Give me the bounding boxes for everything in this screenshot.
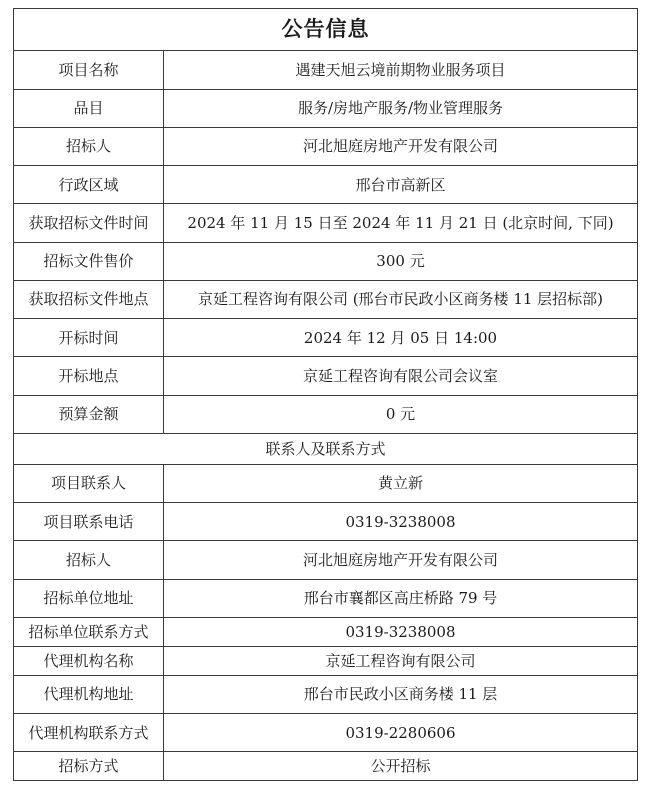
row-label: 行政区域 [14, 166, 164, 204]
row-label: 招标人 [14, 541, 164, 580]
row-label: 项目联系电话 [14, 503, 164, 541]
table-row-tenderer-contact: 招标人 河北旭庭房地产开发有限公司 [14, 541, 638, 580]
table-row-tenderer: 招标人 河北旭庭房地产开发有限公司 [14, 127, 638, 166]
table-row-agency-address: 代理机构地址 邢台市民政小区商务楼 11 层 [14, 675, 638, 714]
row-label: 代理机构联系方式 [14, 714, 164, 752]
row-label: 招标文件售价 [14, 242, 164, 280]
row-label: 招标人 [14, 127, 164, 166]
row-value: 服务/房地产服务/物业管理服务 [164, 89, 638, 127]
table-row-project-name: 项目名称 遇建天旭云境前期物业服务项目 [14, 51, 638, 90]
table-row-project-contact: 项目联系人 黄立新 [14, 464, 638, 503]
row-label: 获取招标文件地点 [14, 280, 164, 319]
row-value: 2024 年 12 月 05 日 14:00 [164, 319, 638, 357]
table-row-document-location: 获取招标文件地点 京延工程咨询有限公司 (邢台市民政小区商务楼 11 层招标部) [14, 280, 638, 319]
row-label: 获取招标文件时间 [14, 204, 164, 243]
table-row-budget: 预算金额 0 元 [14, 395, 638, 433]
table-row-document-price: 招标文件售价 300 元 [14, 242, 638, 280]
row-value: 河北旭庭房地产开发有限公司 [164, 127, 638, 166]
row-value: 邢台市襄都区高庄桥路 79 号 [164, 579, 638, 617]
row-label: 开标时间 [14, 319, 164, 357]
row-label: 项目名称 [14, 51, 164, 90]
row-value: 京延工程咨询有限公司 [164, 646, 638, 675]
row-value: 300 元 [164, 242, 638, 280]
row-label: 代理机构地址 [14, 675, 164, 714]
row-value: 邢台市民政小区商务楼 11 层 [164, 675, 638, 714]
row-label: 预算金额 [14, 395, 164, 433]
row-label: 开标地点 [14, 357, 164, 396]
table-row-region: 行政区域 邢台市高新区 [14, 166, 638, 204]
table-row-agency-phone: 代理机构联系方式 0319-2280606 [14, 714, 638, 752]
row-value: 河北旭庭房地产开发有限公司 [164, 541, 638, 580]
row-value: 公开招标 [164, 752, 638, 781]
table-row-tenderer-phone: 招标单位联系方式 0319-3238008 [14, 617, 638, 646]
title-row: 公告信息 [14, 9, 638, 51]
row-value: 0319-2280606 [164, 714, 638, 752]
table-title: 公告信息 [14, 9, 638, 51]
row-value: 京延工程咨询有限公司 (邢台市民政小区商务楼 11 层招标部) [164, 280, 638, 319]
table-row-tenderer-address: 招标单位地址 邢台市襄都区高庄桥路 79 号 [14, 579, 638, 617]
table-row-opening-location: 开标地点 京延工程咨询有限公司会议室 [14, 357, 638, 396]
row-label: 品目 [14, 89, 164, 127]
row-label: 招标方式 [14, 752, 164, 781]
row-value: 0319-3238008 [164, 617, 638, 646]
contact-section-row: 联系人及联系方式 [14, 433, 638, 464]
contact-section-title: 联系人及联系方式 [14, 433, 638, 464]
row-label: 项目联系人 [14, 464, 164, 503]
table-row-opening-time: 开标时间 2024 年 12 月 05 日 14:00 [14, 319, 638, 357]
row-value: 黄立新 [164, 464, 638, 503]
table-row-category: 品目 服务/房地产服务/物业管理服务 [14, 89, 638, 127]
table-row-tender-method: 招标方式 公开招标 [14, 752, 638, 781]
announcement-table: 公告信息 项目名称 遇建天旭云境前期物业服务项目 品目 服务/房地产服务/物业管… [13, 8, 638, 781]
row-label: 招标单位联系方式 [14, 617, 164, 646]
row-value: 邢台市高新区 [164, 166, 638, 204]
row-value: 0319-3238008 [164, 503, 638, 541]
row-value: 京延工程咨询有限公司会议室 [164, 357, 638, 396]
row-label: 招标单位地址 [14, 579, 164, 617]
row-value: 0 元 [164, 395, 638, 433]
table-row-document-period: 获取招标文件时间 2024 年 11 月 15 日至 2024 年 11 月 2… [14, 204, 638, 243]
row-value: 2024 年 11 月 15 日至 2024 年 11 月 21 日 (北京时间… [164, 204, 638, 243]
table-row-agency-name: 代理机构名称 京延工程咨询有限公司 [14, 646, 638, 675]
row-label: 代理机构名称 [14, 646, 164, 675]
row-value: 遇建天旭云境前期物业服务项目 [164, 51, 638, 90]
table-row-project-phone: 项目联系电话 0319-3238008 [14, 503, 638, 541]
